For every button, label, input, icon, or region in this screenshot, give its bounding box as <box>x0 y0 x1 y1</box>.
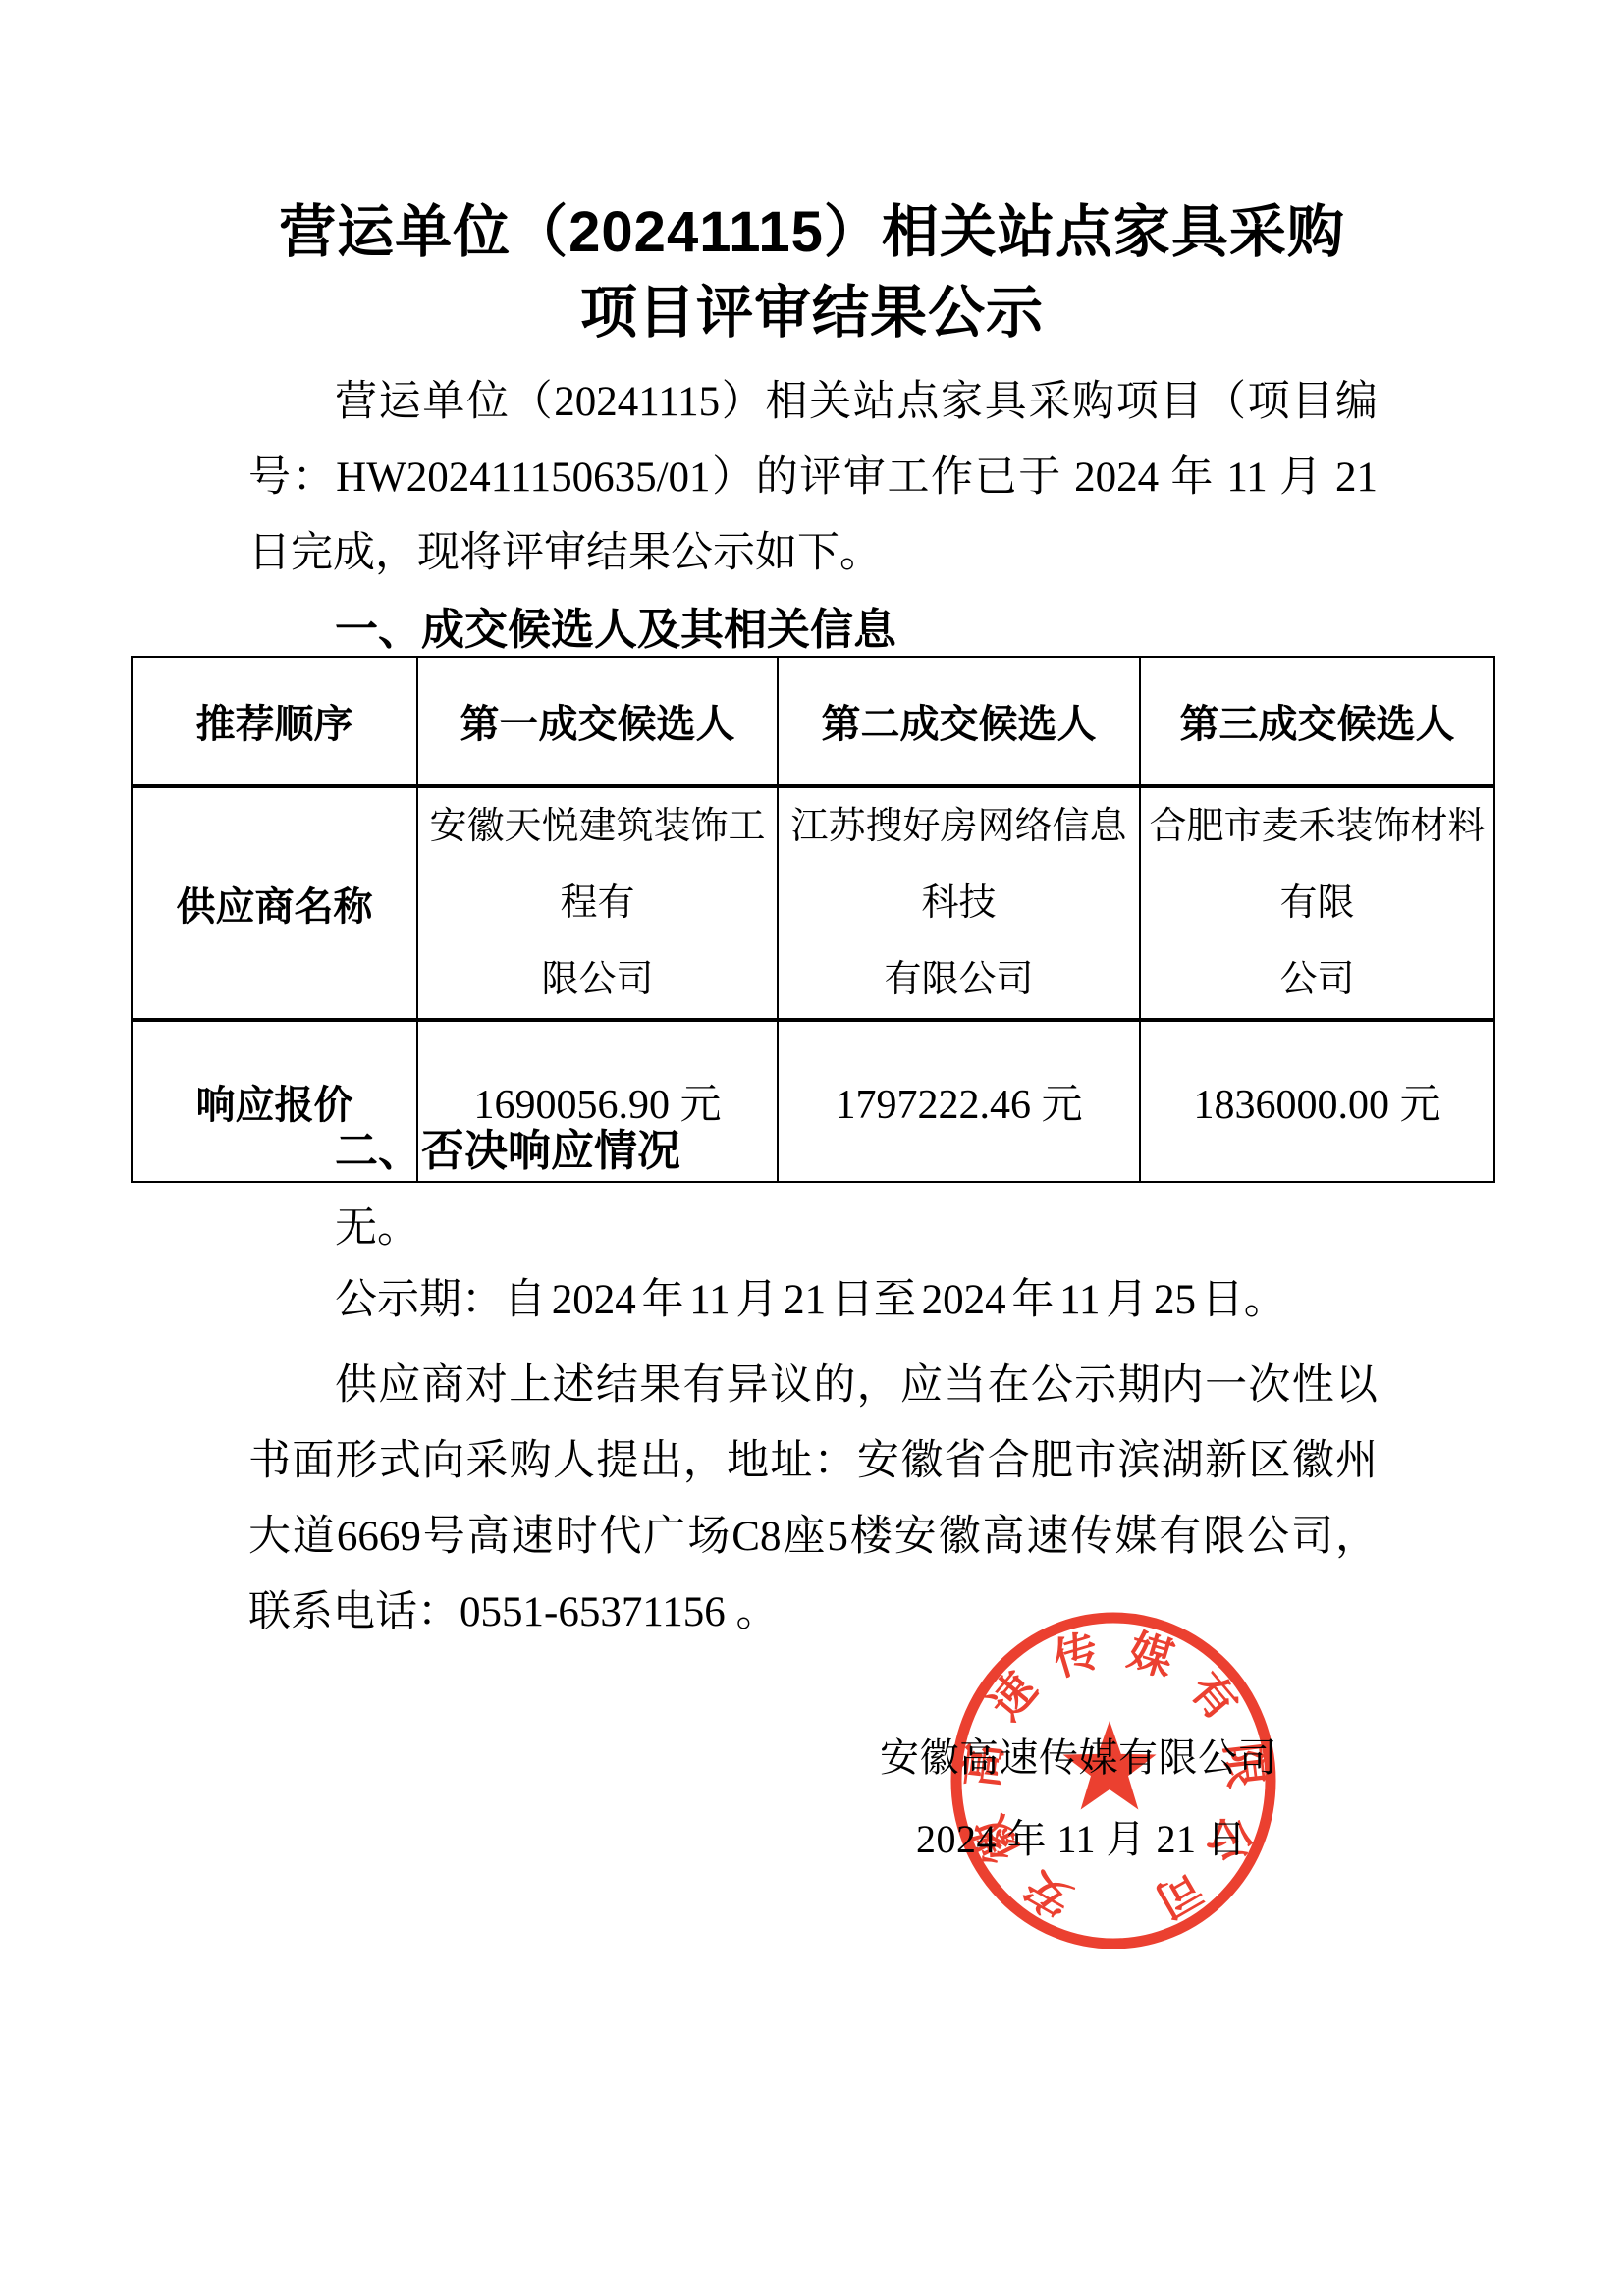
supplier-name-row: 供应商名称 安徽天悦建筑装饰工程有 限公司 江苏搜好房网络信息科技 有限公司 合… <box>132 786 1494 1020</box>
supplier-name-line: 安徽天悦建筑装饰工程有 <box>418 788 777 941</box>
results-table: 推荐顺序 第一成交候选人 第二成交候选人 第三成交候选人 供应商名称 安徽天悦建… <box>131 656 1495 1183</box>
publicity-period-text: 公示期：自 2024 年 11 月 21 日至 2024 年 11 月 25 日… <box>248 1262 1378 1338</box>
table-header-candidate-1: 第一成交候选人 <box>417 657 778 786</box>
section-1-heading: 一、成交候选人及其相关信息 <box>248 601 1378 660</box>
table-header-candidate-2: 第二成交候选人 <box>778 657 1140 786</box>
supplier-name-line: 合肥市麦禾装饰材料有限 <box>1141 788 1493 941</box>
signature-company: 安徽高速传媒有限公司 <box>880 1734 1277 1783</box>
intro-line: 号：HW202411150635/01）的评审工作已于 2024 年 11 月 … <box>248 440 1378 515</box>
signature-date: 2024 年 11 月 21 日 <box>916 1815 1247 1864</box>
table-header-rank: 推荐顺序 <box>132 657 417 786</box>
supplier-cell-3: 合肥市麦禾装饰材料有限 公司 <box>1140 786 1494 1020</box>
supplier-name-line: 江苏搜好房网络信息科技 <box>779 788 1139 941</box>
table-header-candidate-3: 第三成交候选人 <box>1140 657 1494 786</box>
seal-arc-char: 速 <box>980 1664 1046 1730</box>
no-rejection-text: 无。 <box>248 1191 1378 1266</box>
section-2-heading: 二、否决响应情况 <box>248 1122 1378 1181</box>
supplier-name-line: 限公司 <box>418 941 777 1018</box>
supplier-name-line: 有限公司 <box>779 941 1139 1018</box>
objection-paragraph: 供应商对上述结果有异议的，应当在公示期内一次性以 书面形式向采购人提出，地址：安… <box>248 1348 1378 1650</box>
objection-line: 供应商对上述结果有异议的，应当在公示期内一次性以 <box>248 1348 1378 1423</box>
supplier-row-label: 供应商名称 <box>132 786 417 1020</box>
publicity-period-block: 公示期：自 2024 年 11 月 21 日至 2024 年 11 月 25 日… <box>248 1262 1378 1338</box>
announcement-page: { "title": { "line1": "营运单位（20241115）相关站… <box>0 0 1624 2296</box>
objection-line: 联系电话：0551-65371156 。 <box>248 1575 1378 1650</box>
objection-line: 大道6669号高速时代广场C8座5楼安徽高速传媒有限公司， <box>248 1499 1378 1575</box>
document-title: 营运单位（20241115）相关站点家具采购 项目评审结果公示 <box>0 192 1624 353</box>
no-rejection-block: 无。 <box>248 1191 1378 1266</box>
objection-line: 书面形式向采购人提出，地址：安徽省合肥市滨湖新区徽州 <box>248 1423 1378 1499</box>
intro-line: 营运单位（20241115）相关站点家具采购项目（项目编 <box>248 364 1378 440</box>
document-title-line-1: 营运单位（20241115）相关站点家具采购 <box>0 192 1624 273</box>
supplier-name-line: 公司 <box>1141 941 1493 1018</box>
seal-arc-char: 司 <box>1148 1861 1211 1926</box>
supplier-cell-2: 江苏搜好房网络信息科技 有限公司 <box>778 786 1140 1020</box>
intro-line: 日完成，现将评审结果公示如下。 <box>248 515 1378 591</box>
supplier-cell-1: 安徽天悦建筑装饰工程有 限公司 <box>417 786 778 1020</box>
document-title-line-2: 项目评审结果公示 <box>0 273 1624 353</box>
seal-arc-char: 有 <box>1180 1664 1246 1730</box>
table-header-row: 推荐顺序 第一成交候选人 第二成交候选人 第三成交候选人 <box>132 657 1494 786</box>
seal-arc-char: 安 <box>1017 1861 1080 1926</box>
intro-paragraph: 营运单位（20241115）相关站点家具采购项目（项目编 号：HW2024111… <box>248 364 1378 591</box>
